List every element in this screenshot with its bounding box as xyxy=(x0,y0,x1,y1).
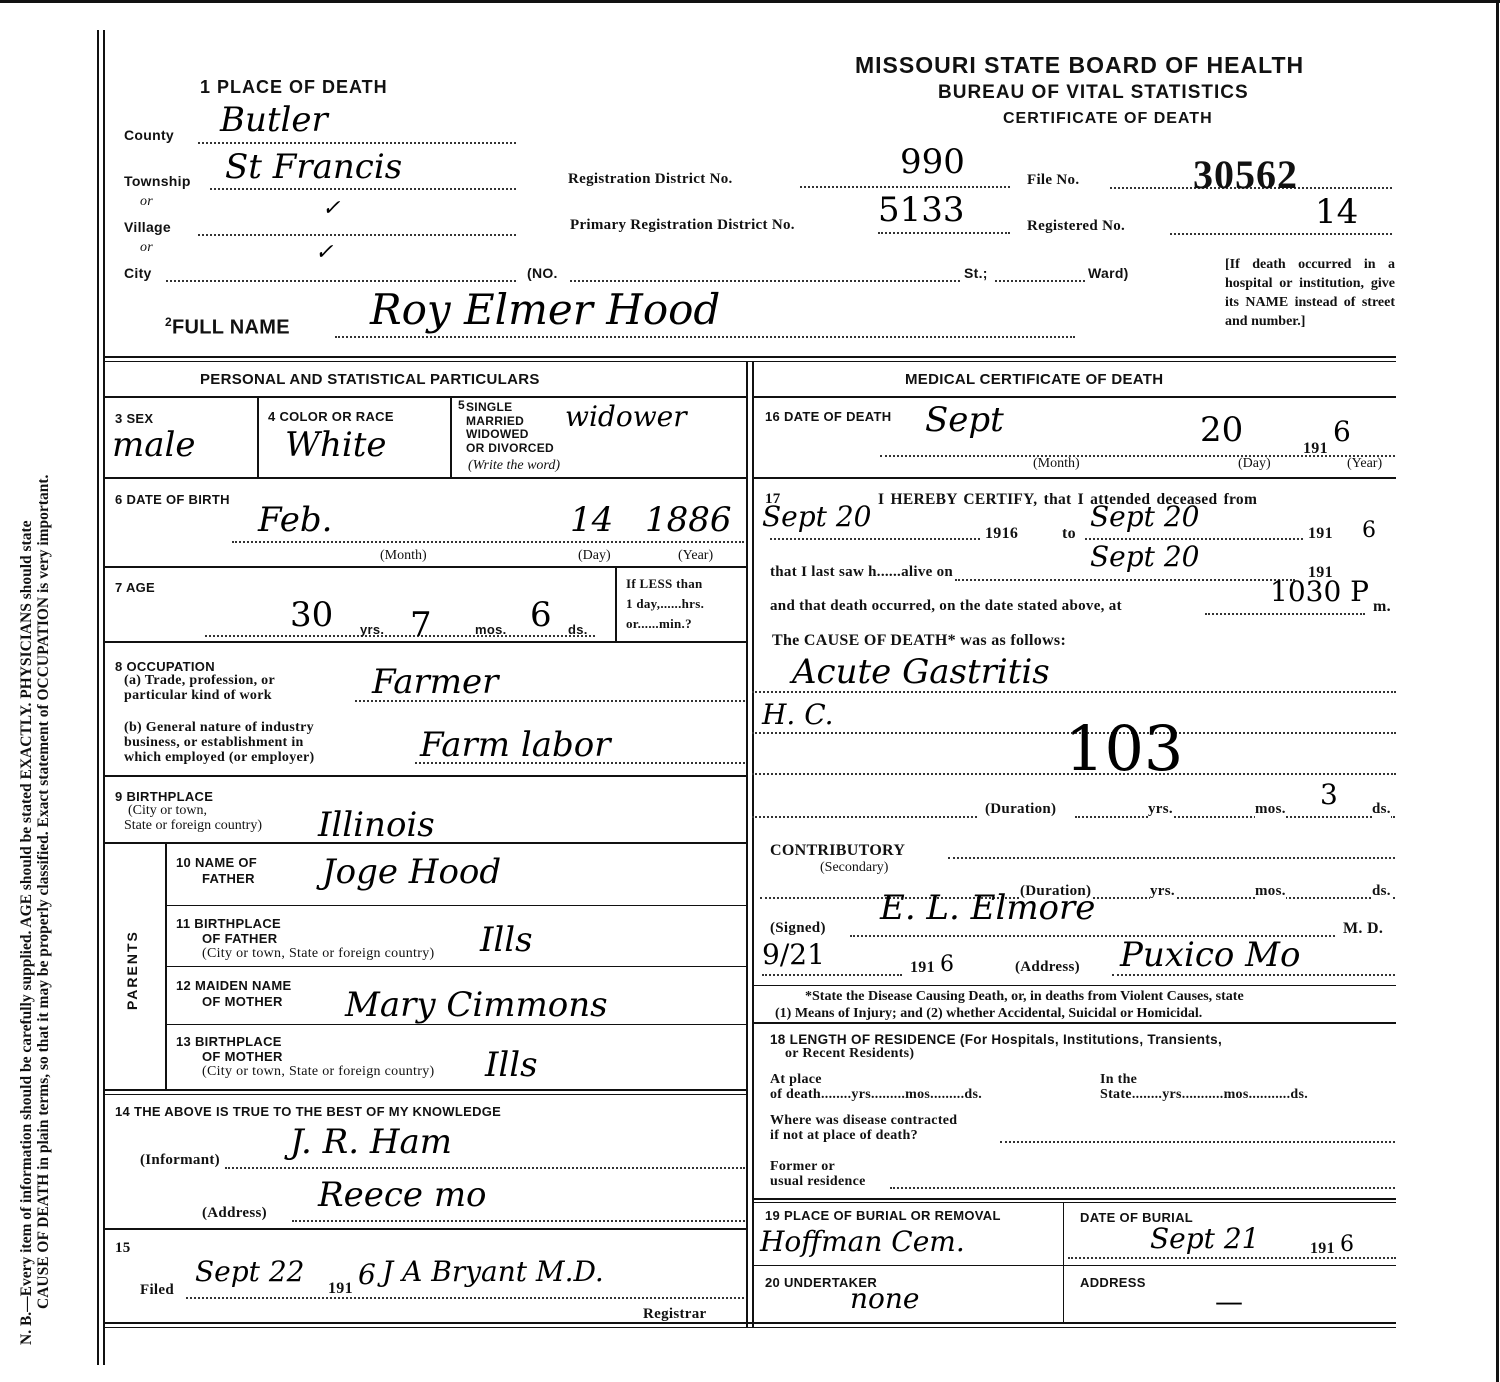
age-yrs-label: yrs. xyxy=(360,622,384,637)
death-time-m: m. xyxy=(1373,598,1391,616)
left-border-inner xyxy=(103,30,105,1365)
father-name-value: Joge Hood xyxy=(322,852,501,892)
informant-heading: 14 THE ABOVE IS TRUE TO THE BEST OF MY K… xyxy=(115,1104,501,1119)
burial-date-line xyxy=(1068,1257,1396,1259)
filed-number: 15 xyxy=(115,1240,131,1257)
bottom-rule-2 xyxy=(103,1327,1396,1328)
registrar-signature: J A Bryant M.D. xyxy=(382,1255,604,1288)
dod-line xyxy=(880,455,1395,457)
father-name-label: 10 NAME OF FATHER xyxy=(176,855,257,887)
registration-district-label: Registration District No. xyxy=(568,171,733,188)
former-line xyxy=(890,1187,1395,1189)
row-rule-burial-1 xyxy=(752,1198,1396,1200)
death-time-line xyxy=(1205,613,1365,615)
marital-value: widower xyxy=(565,400,687,433)
full-name-line xyxy=(335,336,1075,338)
marital-option-married: MARRIED xyxy=(466,415,554,429)
cause-line-1 xyxy=(752,691,1396,693)
residence-heading2: or Recent Residents) xyxy=(785,1046,914,1062)
father-birth-line2: OF FATHER xyxy=(176,931,434,946)
side-instructions: N. B.—Every item of information should b… xyxy=(18,475,52,1345)
father-birth-line3: (City or town, State or foreign country) xyxy=(176,946,434,961)
bottom-rule-1 xyxy=(103,1322,1396,1324)
marital-option-single: SINGLE xyxy=(466,401,554,415)
age-mos-label: mos. xyxy=(475,622,507,637)
occ-b-line1: (b) General nature of industry xyxy=(124,720,315,735)
md-label: M. D. xyxy=(1343,920,1383,938)
contributory-label: CONTRIBUTORY xyxy=(770,842,905,860)
medical-heading-rule xyxy=(752,396,1396,398)
registered-no-line xyxy=(1170,233,1392,235)
occupation-b-value: Farm labor xyxy=(420,725,611,765)
dob-month-caption: (Month) xyxy=(380,548,427,564)
race-label: 4 COLOR OR RACE xyxy=(268,409,394,424)
contracted-line xyxy=(1000,1141,1395,1143)
row-rule-mother-name xyxy=(165,966,746,967)
duration-ds: ds. xyxy=(1372,801,1391,818)
death-time-value: 1030 P xyxy=(1270,575,1369,608)
dob-year-caption: (Year) xyxy=(678,548,713,564)
age-less-divider xyxy=(615,566,617,641)
residence-at-place: At place of death........yrs.........mos… xyxy=(770,1072,982,1102)
birthplace-value: Illinois xyxy=(318,805,435,845)
mother-birth-line2: OF MOTHER xyxy=(176,1049,434,1064)
ward-label: Ward) xyxy=(1088,265,1129,281)
mother-birth-line3: (City or town, State or foreign country) xyxy=(176,1064,434,1079)
registration-district-value: 990 xyxy=(900,142,965,182)
or-label-2: or xyxy=(140,240,153,256)
personal-heading: PERSONAL AND STATISTICAL PARTICULARS xyxy=(200,371,540,388)
age-less-than: If LESS than 1 day,......hrs. or......mi… xyxy=(626,574,704,634)
mother-birth-value: Ills xyxy=(485,1045,538,1085)
county-label: County xyxy=(124,127,174,143)
attended-to-year-suffix: 6 xyxy=(1362,518,1376,543)
burial-place-value: Hoffman Cem. xyxy=(760,1225,965,1258)
mother-label-line1: 12 MAIDEN NAME xyxy=(176,978,291,994)
sex-value: male xyxy=(112,425,196,465)
less-than-line1: If LESS than xyxy=(626,574,704,594)
dob-month: Feb. xyxy=(258,500,332,540)
mother-birth-label: 13 BIRTHPLACE OF MOTHER (City or town, S… xyxy=(176,1034,434,1079)
dod-day-caption: (Day) xyxy=(1238,456,1271,472)
age-months: 7 xyxy=(410,605,432,645)
row-rule-undertaker xyxy=(752,1265,1396,1266)
duration-days-value: 3 xyxy=(1320,778,1338,811)
undertaker-address-label: ADDRESS xyxy=(1080,1275,1146,1290)
signed-value: E. L. Elmore xyxy=(880,888,1095,928)
former-line1: Former or xyxy=(770,1159,866,1174)
in-state-line1: In the xyxy=(1100,1072,1308,1087)
full-name-label: 2FULL NAME xyxy=(165,315,290,340)
signed-label: (Signed) xyxy=(770,920,826,937)
birthplace-sub: (City or town, State or foreign country) xyxy=(124,803,262,833)
cause-footnote: *State the Disease Causing Death, or, in… xyxy=(775,988,1244,1022)
signed-date: 9/21 xyxy=(762,938,825,971)
birthplace-sub-line2: State or foreign country) xyxy=(124,818,262,833)
signed-date-line xyxy=(762,974,902,976)
less-than-line2: 1 day,......hrs. xyxy=(626,594,704,614)
cause-value: Acute Gastritis xyxy=(792,652,1050,692)
duration-line-b xyxy=(1075,816,1395,818)
age-ds-label: ds. xyxy=(568,622,588,637)
occupation-label: 8 OCCUPATION xyxy=(115,659,215,674)
hospital-note: [If death occurred in a hospital or inst… xyxy=(1225,255,1395,331)
race-marital-divider xyxy=(450,396,452,478)
ward-line xyxy=(995,280,1085,282)
occ-a-line1: (a) Trade, profession, or xyxy=(124,673,275,688)
burial-year-suffix: 6 xyxy=(1340,1232,1354,1257)
column-divider-right xyxy=(752,361,754,1327)
full-name-text: FULL NAME xyxy=(172,317,290,339)
row-rule-informant-1 xyxy=(103,1089,746,1091)
informant-address-line xyxy=(292,1220,745,1222)
age-days: 6 xyxy=(530,595,552,635)
father-label-line2: FATHER xyxy=(176,871,257,887)
primary-district-label: Primary Registration District No. xyxy=(570,217,795,234)
mother-birth-line1: 13 BIRTHPLACE xyxy=(176,1034,434,1049)
father-birth-value: Ills xyxy=(480,920,533,960)
occupation-a-value: Farmer xyxy=(372,662,498,702)
township-label: Township xyxy=(124,173,191,189)
secondary-label: (Secondary) xyxy=(820,860,888,876)
agency-title: MISSOURI STATE BOARD OF HEALTH xyxy=(855,52,1304,79)
burial-date-value: Sept 21 xyxy=(1150,1222,1259,1255)
filed-date: Sept 22 xyxy=(195,1255,304,1288)
primary-district-value: 5133 xyxy=(878,190,965,230)
age-line xyxy=(205,635,595,637)
row-rule-parents xyxy=(103,842,746,844)
less-than-line3: or......min.? xyxy=(626,614,704,634)
registrar-label: Registrar xyxy=(643,1306,707,1323)
duration-yrs: yrs. xyxy=(1148,801,1173,818)
full-name-value: Roy Elmer Hood xyxy=(370,285,720,334)
signed-address-value: Puxico Mo xyxy=(1120,935,1300,975)
header-separator-2 xyxy=(103,361,1396,362)
row-rule-occupation xyxy=(103,641,746,643)
marital-note: (Write the word) xyxy=(468,458,560,474)
father-label-line1: 10 NAME OF xyxy=(176,855,257,871)
row-rule-filed xyxy=(103,1228,746,1230)
row-rule-dob xyxy=(103,477,746,479)
column-divider-left xyxy=(746,361,748,1327)
file-no-value: 30562 xyxy=(1193,151,1298,198)
age-label: 7 AGE xyxy=(115,580,155,595)
side-instructions-line1: N. B.—Every item of information should b… xyxy=(18,475,35,1345)
registration-district-line xyxy=(800,186,1010,188)
street-line xyxy=(570,280,960,282)
informant-address-label: (Address) xyxy=(202,1205,267,1222)
attended-from-year: 1916 xyxy=(985,525,1018,543)
row-rule-certify xyxy=(752,477,1396,479)
occ-b-line3: which employed (or employer) xyxy=(124,750,315,765)
township-value: St Francis xyxy=(225,147,402,187)
bureau-title: BUREAU OF VITAL STATISTICS xyxy=(938,82,1249,104)
row-rule-age xyxy=(103,566,746,568)
row-rule-father-birth xyxy=(165,905,746,906)
parents-side-label: PARENTS xyxy=(124,930,140,1010)
city-label: City xyxy=(124,265,152,281)
last-saw-line xyxy=(955,579,1295,581)
row-rule-burial-2 xyxy=(752,1202,1396,1203)
left-border-outer xyxy=(97,30,99,1365)
residence-heading: 18 LENGTH OF RESIDENCE (For Hospitals, I… xyxy=(770,1032,1222,1047)
street-st-label: St.; xyxy=(964,265,988,281)
certificate-title: CERTIFICATE OF DEATH xyxy=(1003,110,1213,128)
village-check: ✓ xyxy=(322,196,340,221)
former-line2: usual residence xyxy=(770,1174,866,1189)
registered-no-label: Registered No. xyxy=(1027,218,1125,235)
last-saw-value: Sept 20 xyxy=(1090,540,1199,573)
cause-line-3 xyxy=(752,773,1396,775)
dob-day: 14 xyxy=(570,500,613,540)
dod-year-suffix: 6 xyxy=(1333,415,1351,448)
undertaker-address-value: — xyxy=(1215,1285,1243,1318)
occupation-a-label: (a) Trade, profession, or particular kin… xyxy=(124,673,275,703)
signed-year-prefix: 191 xyxy=(910,959,935,977)
race-value: White xyxy=(285,425,387,465)
dob-day-caption: (Day) xyxy=(578,548,611,564)
county-value: Butler xyxy=(220,100,328,140)
occ-a-line2: particular kind of work xyxy=(124,688,275,703)
at-place-line2: of death........yrs.........mos.........… xyxy=(770,1087,982,1102)
city-check: ✓ xyxy=(315,240,333,265)
filed-year-prefix: 191 xyxy=(328,1280,353,1298)
dob-label: 6 DATE OF BIRTH xyxy=(115,492,230,507)
village-line xyxy=(198,234,516,236)
row-rule-informant-2 xyxy=(103,1094,746,1095)
certify-text: I HEREBY CERTIFY, that I attended deceas… xyxy=(878,491,1257,509)
primary-district-line xyxy=(878,232,1010,234)
at-place-line1: At place xyxy=(770,1072,982,1087)
signed-address-label: (Address) xyxy=(1015,959,1080,976)
to-label: to xyxy=(1062,525,1076,543)
father-birth-label: 11 BIRTHPLACE OF FATHER (City or town, S… xyxy=(176,916,434,961)
contracted-line1: Where was disease contracted xyxy=(770,1113,957,1128)
residence-former: Former or usual residence xyxy=(770,1159,866,1189)
occ-b-line2: business, or establishment in xyxy=(124,735,315,750)
place-of-death-heading: 1 PLACE OF DEATH xyxy=(200,77,388,98)
filed-label: Filed xyxy=(140,1282,174,1299)
attended-from-date: Sept 20 xyxy=(762,500,871,533)
mother-name-value: Mary Cimmons xyxy=(345,985,608,1025)
cause-line2-value: H. C. xyxy=(762,698,834,731)
attended-to-year-prefix: 191 xyxy=(1308,525,1333,543)
duration-label: (Duration) xyxy=(985,801,1056,818)
dod-label: 16 DATE OF DEATH xyxy=(765,409,891,424)
contracted-line2: if not at place of death? xyxy=(770,1128,957,1143)
township-line xyxy=(210,188,516,190)
marital-option-divorced: OR DIVORCED xyxy=(466,442,554,456)
death-time-text: and that death occurred, on the date sta… xyxy=(770,598,1122,615)
footnote-rule xyxy=(752,985,1396,986)
sex-label: 3 SEX xyxy=(115,411,153,426)
undertaker-value: none xyxy=(850,1282,920,1315)
attended-to-date: Sept 20 xyxy=(1090,500,1199,533)
marital-option-widowed: WIDOWED xyxy=(466,428,554,442)
mother-label-line2: OF MOTHER xyxy=(176,994,291,1010)
dod-day: 20 xyxy=(1200,410,1243,450)
informant-label: (Informant) xyxy=(140,1152,220,1169)
row-rule-residence xyxy=(752,1022,1396,1024)
contributory-line xyxy=(948,857,1395,859)
duration-line-a xyxy=(752,816,977,818)
informant-value: J. R. Ham xyxy=(290,1122,452,1162)
dod-month: Sept xyxy=(925,400,1004,440)
file-no-label: File No. xyxy=(1027,172,1079,189)
footnote-line1: *State the Disease Causing Death, or, in… xyxy=(775,988,1244,1005)
side-instructions-line2: CAUSE OF DEATH in plain terms, so that i… xyxy=(35,475,52,1345)
header-separator-1 xyxy=(103,356,1396,358)
attended-from-line xyxy=(770,538,980,540)
county-line xyxy=(198,142,516,144)
informant-line xyxy=(225,1167,745,1169)
dob-year: 1886 xyxy=(645,500,732,540)
contributory-ds: ds. xyxy=(1372,883,1391,900)
informant-address-value: Reece mo xyxy=(318,1175,487,1215)
duration-mos: mos. xyxy=(1255,801,1286,818)
contributory-mos: mos. xyxy=(1255,883,1286,900)
burial-year-prefix: 191 xyxy=(1310,1240,1335,1258)
burial-place-label: 19 PLACE OF BURIAL OR REMOVAL xyxy=(765,1208,1001,1223)
page-right-border xyxy=(1496,0,1499,1382)
dod-year-caption: (Year) xyxy=(1347,456,1382,472)
marital-options: SINGLE MARRIED WIDOWED OR DIVORCED xyxy=(466,401,554,455)
residence-in-state: In the State........yrs...........mos...… xyxy=(1100,1072,1308,1102)
residence-contracted: Where was disease contracted if not at p… xyxy=(770,1113,957,1143)
in-state-line2: State........yrs...........mos..........… xyxy=(1100,1087,1308,1102)
street-no-label: (NO. xyxy=(527,265,558,281)
last-saw-text: that I last saw h......alive on xyxy=(770,564,953,581)
medical-heading: MEDICAL CERTIFICATE OF DEATH xyxy=(905,371,1163,388)
village-label: Village xyxy=(124,219,171,235)
contributory-yrs: yrs. xyxy=(1150,883,1175,900)
father-birth-line1: 11 BIRTHPLACE xyxy=(176,916,434,931)
birthplace-sub-line1: (City or town, xyxy=(124,803,262,818)
filed-year-suffix: 6 xyxy=(358,1258,376,1291)
occupation-b-label: (b) General nature of industry business,… xyxy=(124,720,315,765)
cause-label: The CAUSE OF DEATH* was as follows: xyxy=(772,632,1066,650)
sex-race-divider xyxy=(257,396,259,478)
mother-name-label: 12 MAIDEN NAME OF MOTHER xyxy=(176,978,291,1010)
birthplace-label: 9 BIRTHPLACE xyxy=(115,789,213,804)
city-line xyxy=(166,280,516,282)
personal-heading-rule xyxy=(103,396,746,398)
row-rule-birthplace xyxy=(103,775,746,777)
marital-number: 5 xyxy=(458,398,465,412)
footnote-line2: (1) Means of Injury; and (2) whether Acc… xyxy=(775,1005,1244,1022)
row-rule-mother-birth xyxy=(165,1024,746,1025)
full-name-number: 2 xyxy=(165,315,172,329)
signed-year-suffix: 6 xyxy=(940,952,954,977)
dob-line xyxy=(232,541,744,543)
dod-month-caption: (Month) xyxy=(1033,456,1080,472)
filed-line xyxy=(186,1297,744,1299)
registered-no-value: 14 xyxy=(1315,192,1358,232)
page-top-border xyxy=(0,0,1500,3)
or-label-1: or xyxy=(140,194,153,210)
age-years: 30 xyxy=(290,595,333,635)
burial-divider xyxy=(1063,1202,1064,1324)
